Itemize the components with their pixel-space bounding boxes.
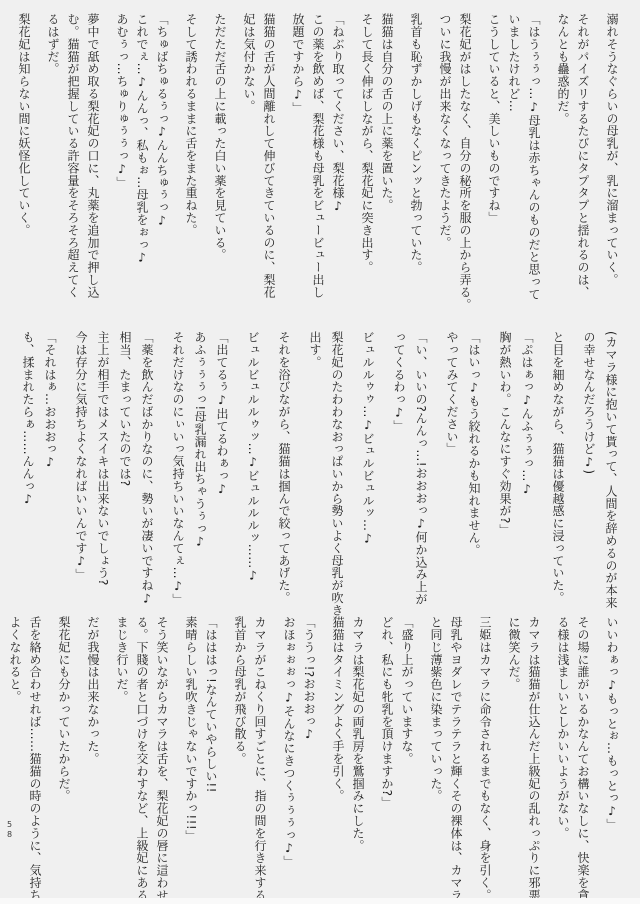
text-column: あふぅぅぅっ!母乳漏れ出ちゃうぅっ♪ (189, 331, 211, 616)
text-column: それだけなのにぃいっ気持ちいいなんてぇ…♪」 (167, 331, 189, 616)
text-column: 素晴らしい乳吹きじゃないですかっ!!!」 (181, 616, 201, 901)
paragraph: 「ねぶり取ってください、梨花様♪この薬を飲めば、梨花様も母乳をビュービュー出し放… (288, 13, 348, 311)
paragraph: 「出てるぅ♪出てるわぁっ♪あふぅぅぅっ!母乳漏れ出ちゃうぅっ♪それだけなのにぃい… (167, 331, 233, 616)
paragraph: 溺れそうなぐらいの母乳が、乳に溜まっていく。 (602, 13, 622, 311)
paragraph: そう笑いながらカマラは舌を、梨花妃の唇に這わせる。下賤の者と口づけを交わすなど、… (112, 616, 172, 901)
text-column: それがパイズリするたびにタプタプと揺れるのは、 (573, 13, 593, 311)
text-column: 猫猫は自分の舌の上に薬を置いた。 (377, 13, 397, 311)
text-column: ただただ舌の上に載った白い薬を見ている。 (210, 13, 230, 311)
text-column: と同じ薄紫色に染まっていった。 (426, 616, 446, 901)
paragraph: 「はうぅぅっ…♪母乳は赤ちゃんのものだと思っていましたけれど…こうしていると、美… (484, 13, 544, 311)
paragraph: 猫猫の舌が人間離れして伸びてきているのに、梨花妃は気付かない。 (239, 13, 279, 311)
text-column: 「はうぅぅっ…♪母乳は赤ちゃんのものだと思って (524, 13, 544, 311)
text-column: カマラは猫猫が仕込んだ上級妃の乱れっぷりに邪悪 (524, 616, 544, 901)
text-band-middle: (カマラ様に抱いて貰って、人間を辞めるのが本来の幸せなんだろうけど♪)と目を細め… (17, 331, 622, 616)
paragraph: 乳首も恥ずかしげもなくピンッと勃っていた。 (406, 13, 426, 311)
novel-page: 溺れそうなぐらいの母乳が、乳に溜まっていく。それがパイズリするたびにタプタプと揺… (0, 0, 640, 904)
text-band-top: 溺れそうなぐらいの母乳が、乳に溜まっていく。それがパイズリするたびにタプタプと揺… (14, 13, 622, 311)
text-column: そして長く伸ばしながら、梨花妃に突き出す。 (357, 13, 377, 311)
text-column: 猫猫の舌が人間離れして伸びてきているのに、梨花 (259, 13, 279, 311)
text-column: いましたけれど… (504, 13, 524, 311)
text-column: どれ、私にも牝乳を頂けますか?」 (377, 616, 397, 901)
paragraph: 舌を絡め合わせれば……猫猫の時のように、気持ちよくなれると。 (5, 616, 45, 901)
paragraph: 「ぷはぁっ♪んふぅぅっ…♪胸が熱いわ。こんなにすぐ効果が?」 (494, 331, 538, 616)
paragraph: 「ううっ!?おおおっ♪おほぉぉぉっ♪そんなにきつくぅぅぅっ♪」 (279, 616, 319, 901)
paragraph: 三姫はカマラに命令されるまでもなく、身を引く。 (475, 616, 495, 901)
paragraph: ビュルルゥゥ…♪ビュルビュルッ…♪ (357, 331, 379, 616)
text-column: む。猫猫が把握している許容量をそろそろ超えてく (63, 13, 83, 311)
text-column: この薬を飲めば、梨花様も母乳をビュービュー出し (308, 13, 328, 311)
text-column: 「はいっ♪もう絞れるかも知れません。 (463, 331, 485, 616)
text-column: カマラは梨花妃の両乳房を鷲掴みにした。 (348, 616, 368, 901)
text-column: 乳首から母乳が飛び散る。 (230, 616, 250, 901)
paragraph: いいわぁっ♪もっとぉ…もっとっ♪」 (602, 616, 622, 901)
text-column: 相当、たまっていたのでは? (114, 331, 136, 616)
page-number: 58 (5, 820, 14, 840)
text-column: だが我慢は出来なかった。 (83, 616, 103, 901)
paragraph: その場に誰がいるかなんてお構いなしに、快楽を貪る様は浅ましいとしかいいようがない… (553, 616, 593, 901)
text-column: と目を細めながら、猫猫は優越感に浸っていた。 (547, 331, 569, 616)
text-column: の幸せなんだろうけど♪) (578, 331, 600, 616)
paragraph: 梨花妃は知らない間に妖怪化していく。 (14, 13, 34, 311)
text-column: まじき行いだ。 (112, 616, 132, 901)
text-column: 母乳やヨダレでテラテラと輝くその裸体は、カマラ (446, 616, 466, 901)
paragraph: 「はいっ♪もう絞れるかも知れません。やってみてください」 (441, 331, 485, 616)
text-column: 「ぷはぁっ♪んふぅぅっ…♪ (516, 331, 538, 616)
paragraph: それを浴びながら、猫猫は掴んで絞ってあげた。 (273, 331, 295, 616)
text-column: 主上が相手ではメスイキは出来ないでしょう? (92, 331, 114, 616)
paragraph: 夢中で舐め取る梨花妃の口に、丸薬を追加で押し込む。猫猫が把握している許容量をそろ… (43, 13, 103, 311)
text-column: 「い、いいの?んんっ…!おおおっ♪何か込み上が (410, 331, 432, 616)
text-column: 妃は気付かない。 (239, 13, 259, 311)
text-column: いいわぁっ♪もっとぉ…もっとっ♪」 (602, 616, 622, 901)
text-column: 夢中で舐め取る梨花妃の口に、丸薬を追加で押し込 (83, 13, 103, 311)
text-column: も、揉まれたらぁ……んんっ♪ (17, 331, 39, 616)
paragraph: 「盛り上がっていますな。どれ、私にも牝乳を頂けますか?」 (377, 616, 417, 901)
text-column: る様は浅ましいとしかいいようがない。 (553, 616, 573, 901)
text-column: 胸が熱いわ。こんなにすぐ効果が?」 (494, 331, 516, 616)
text-column: に微笑んだ。 (504, 616, 524, 901)
text-column: なんとも蠱惑的だ。 (553, 13, 573, 311)
text-column: そして誘われるままに舌をまた重ねた。 (181, 13, 201, 311)
paragraph: 「それはぁ…おおおっ♪も、揉まれたらぁ……んんっ♪ (17, 331, 61, 616)
paragraph: そして誘われるままに舌をまた重ねた。 (181, 13, 201, 311)
paragraph: 「い、いいの?んんっ…!おおおっ♪何か込み上がってくるわっ♪」 (388, 331, 432, 616)
text-column: 梨花妃は知らない間に妖怪化していく。 (14, 13, 34, 311)
text-column: 三姫はカマラに命令されるまでもなく、身を引く。 (475, 616, 495, 901)
text-column: それを浴びながら、猫猫は掴んで絞ってあげた。 (273, 331, 295, 616)
text-column: よくなれると。 (5, 616, 25, 901)
text-column: これでぇ…♪んんっ、私もぉ…母乳をぉっ♪ (132, 13, 152, 311)
text-column: 「盛り上がっていますな。 (397, 616, 417, 901)
page-edge (0, 898, 640, 904)
paragraph: 母乳やヨダレでテラテラと輝くその裸体は、カマラと同じ薄紫色に染まっていった。 (426, 616, 466, 901)
text-column: 放題ですから♪」 (288, 13, 308, 311)
paragraph: と目を細めながら、猫猫は優越感に浸っていた。 (547, 331, 569, 616)
text-column: 乳首も恥ずかしげもなくピンッと勃っていた。 (406, 13, 426, 311)
text-column: 梨花妃にも分かっていたからだ。 (54, 616, 74, 901)
text-column: 「薬を飲んだばかりなのに、勢いが凄いですね♪ (136, 331, 158, 616)
paragraph: (カマラ様に抱いて貰って、人間を辞めるのが本来の幸せなんだろうけど♪) (578, 331, 622, 616)
text-column: やってみてください」 (441, 331, 463, 616)
text-column: 猫猫はタイミングよく手を引く。 (328, 616, 348, 901)
text-column: 梨花妃がはしたなく、自分の秘所を服の上から弄る。 (455, 13, 475, 311)
text-column: 「ううっ!?おおおっ♪ (299, 616, 319, 901)
text-column: 舌を絡め合わせれば……猫猫の時のように、気持ち (25, 616, 45, 901)
paragraph: 梨花妃のたわわなおっぱいから勢いよく母乳が吹き出す。 (304, 331, 348, 616)
text-column: 今は存分に気持ちよくなればいいんです♪」 (70, 331, 92, 616)
text-column: 「はははっ!なんていやらしい!! (201, 616, 221, 901)
text-column: カマラがこねくり回すごとに、指の間を行き来する (250, 616, 270, 901)
text-column: 梨花妃のたわわなおっぱいから勢いよく母乳が吹き (326, 331, 348, 616)
paragraph: 猫猫は自分の舌の上に薬を置いた。そして長く伸ばしながら、梨花妃に突き出す。 (357, 13, 397, 311)
text-column: るはずだ。 (43, 13, 63, 311)
text-band-bottom: いいわぁっ♪もっとぉ…もっとっ♪」その場に誰がいるかなんてお構いなしに、快楽を貪… (5, 616, 622, 901)
text-column: ってくるわっ♪」 (388, 331, 410, 616)
text-column: 溺れそうなぐらいの母乳が、乳に溜まっていく。 (602, 13, 622, 311)
paragraph: ただただ舌の上に載った白い薬を見ている。 (210, 13, 230, 311)
text-column: そう笑いながらカマラは舌を、梨花妃の唇に這わせ (152, 616, 172, 901)
paragraph: 梨花妃がはしたなく、自分の秘所を服の上から弄る。ついに我慢が出来なくなってきたよ… (435, 13, 475, 311)
paragraph: それがパイズリするたびにタプタプと揺れるのは、なんとも蠱惑的だ。 (553, 13, 593, 311)
text-column: (カマラ様に抱いて貰って、人間を辞めるのが本来 (600, 331, 622, 616)
paragraph: カマラは梨花妃の両乳房を鷲掴みにした。猫猫はタイミングよく手を引く。 (328, 616, 368, 901)
text-column: ビュルビュルルゥッ…♪ビュルルルッ……♪ (242, 331, 264, 616)
text-column: おほぉぉぉっ♪そんなにきつくぅぅぅっ♪」 (279, 616, 299, 901)
paragraph: カマラは猫猫が仕込んだ上級妃の乱れっぷりに邪悪に微笑んだ。 (504, 616, 544, 901)
text-column: 「ねぶり取ってください、梨花様♪ (328, 13, 348, 311)
paragraph: 「ちゅばちゅるぅっ♪んんちゅぅっ♪これでぇ…♪んんっ、私もぉ…母乳をぉっ♪あむぅ… (112, 13, 172, 311)
text-column: 「それはぁ…おおおっ♪ (39, 331, 61, 616)
text-column: 出す。 (304, 331, 326, 616)
text-column: こうしていると、美しいものですね」 (484, 13, 504, 311)
text-column: その場に誰がいるかなんてお構いなしに、快楽を貪 (573, 616, 593, 901)
text-column: あむぅっ…ちゅりゅぅぅっ♪」 (112, 13, 132, 311)
text-column: ついに我慢が出来なくなってきたようだ。 (435, 13, 455, 311)
paragraph: だが我慢は出来なかった。 (83, 616, 103, 901)
text-column: ビュルルゥゥ…♪ビュルビュルッ…♪ (357, 331, 379, 616)
text-column: る。下賤の者と口づけを交わすなど、上級妃にある (132, 616, 152, 901)
text-column: 「出てるぅ♪出てるわぁっ♪ (211, 331, 233, 616)
paragraph: 梨花妃にも分かっていたからだ。 (54, 616, 74, 901)
paragraph: 「はははっ!なんていやらしい!!素晴らしい乳吹きじゃないですかっ!!!」 (181, 616, 221, 901)
text-column: 「ちゅばちゅるぅっ♪んんちゅぅっ♪ (152, 13, 172, 311)
paragraph: ビュルビュルルゥッ…♪ビュルルルッ……♪ (242, 331, 264, 616)
paragraph: カマラがこねくり回すごとに、指の間を行き来する乳首から母乳が飛び散る。 (230, 616, 270, 901)
paragraph: 「薬を飲んだばかりなのに、勢いが凄いですね♪相当、たまっていたのでは?主上が相手… (70, 331, 158, 616)
